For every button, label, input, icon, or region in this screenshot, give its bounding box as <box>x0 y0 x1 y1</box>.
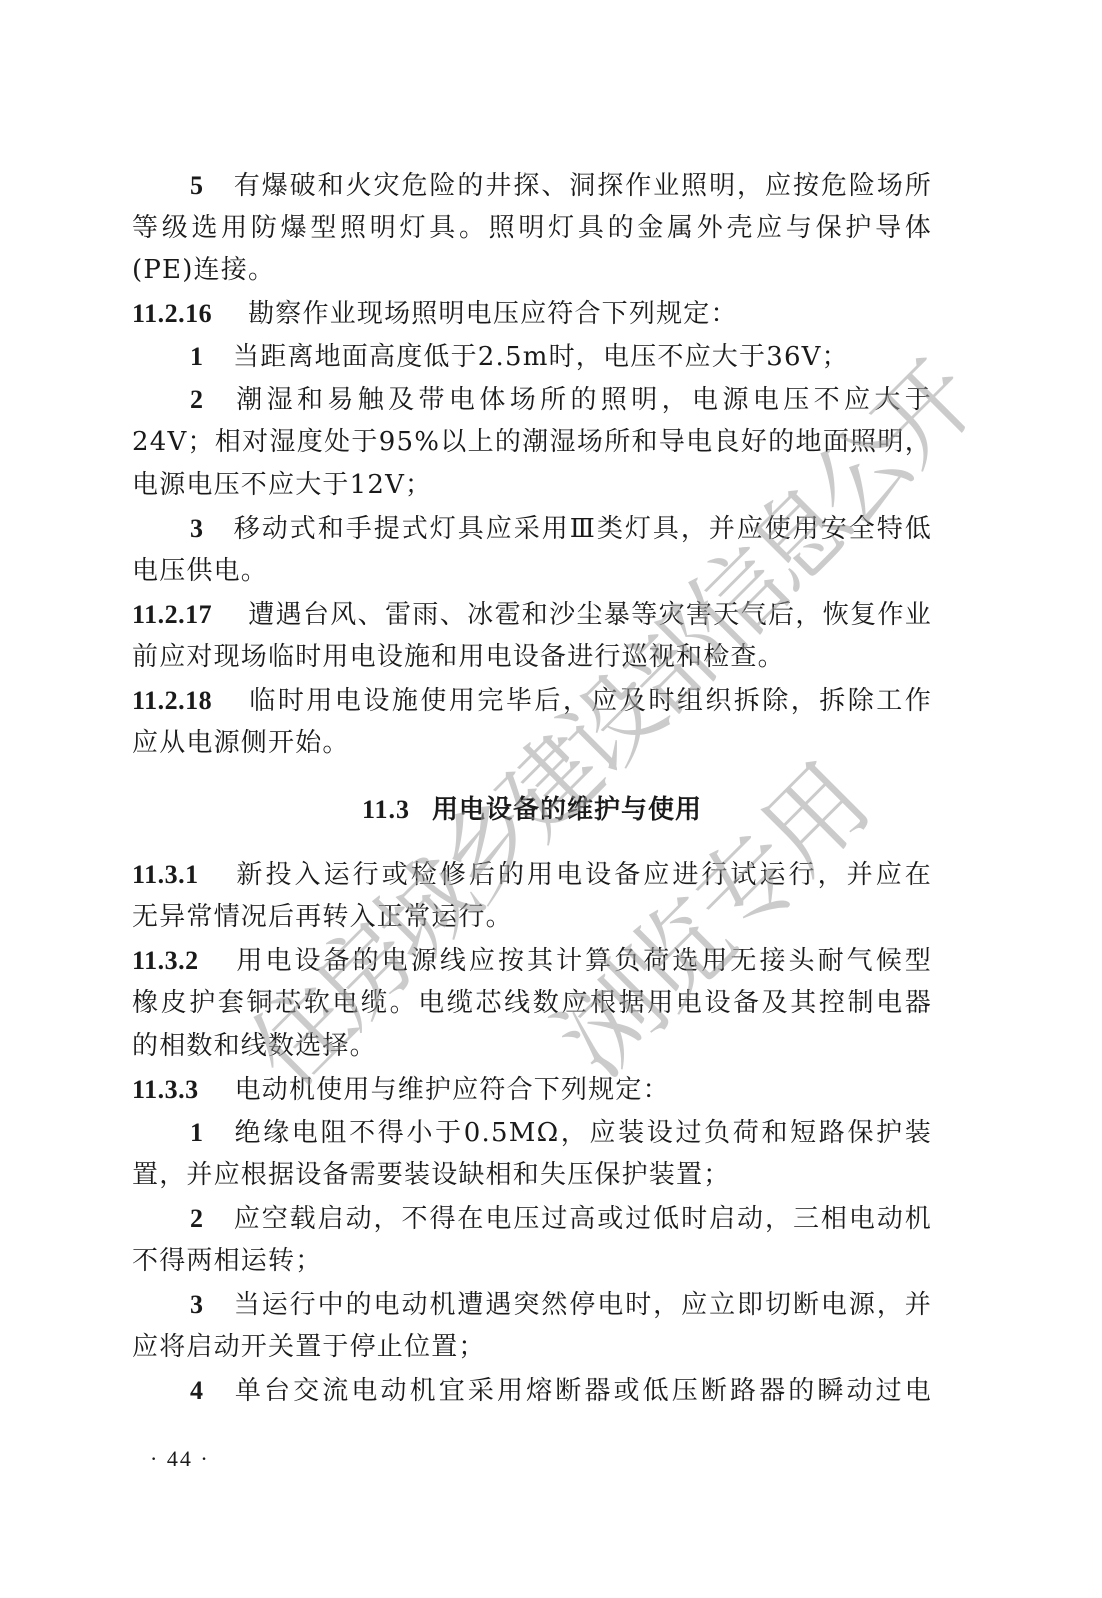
line-text: 绝缘电阻不得小于0.5MΩ，应装设过负荷和短路保护装 <box>233 1118 932 1148</box>
text-line: 橡皮护套铜芯软电缆。电缆芯线数应根据用电设备及其控制电器 <box>132 982 932 1025</box>
clause-number: 11.3.2 <box>132 946 199 975</box>
list-item-1: 1绝缘电阻不得小于0.5MΩ，应装设过负荷和短路保护装 <box>132 1111 932 1154</box>
line-text: 置，并应根据设备需要装设缺相和失压保护装置； <box>132 1160 730 1190</box>
line-text: 遭遇台风、雷雨、冰雹和沙尘暴等灾害天气后，恢复作业 <box>248 600 932 630</box>
text-line: 无异常情况后再转入正常运行。 <box>132 896 932 939</box>
clause-11-2-18: 11.2.18临时用电设施使用完毕后，应及时组织拆除，拆除工作 <box>132 679 932 722</box>
line-text: 电动机使用与维护应符合下列规定： <box>235 1075 670 1105</box>
line-text: 应空载启动，不得在电压过高或过低时启动，三相电动机 <box>233 1204 932 1234</box>
line-text: 不得两相运转； <box>132 1246 322 1276</box>
line-text: 潮湿和易触及带电体场所的照明，电源电压不应大于 <box>233 385 932 415</box>
item-number: 2 <box>190 1204 203 1233</box>
line-text: 电源电压不应大于12V； <box>132 470 432 500</box>
list-item-1: 1当距离地面高度低于2.5m时，电压不应大于36V； <box>132 335 932 378</box>
page-number: · 44 · <box>150 1446 210 1472</box>
line-text: 等级选用防爆型照明灯具。照明灯具的金属外壳应与保护导体 <box>132 213 932 243</box>
text-line: 应从电源侧开始。 <box>132 722 932 765</box>
item-number: 5 <box>190 171 203 200</box>
line-text: 当距离地面高度低于2.5m时，电压不应大于36V； <box>233 342 849 372</box>
clause-number: 11.2.17 <box>132 600 212 629</box>
line-text: 应从电源侧开始。 <box>132 728 350 758</box>
text-line: 电压供电。 <box>132 550 932 593</box>
clause-11-3-1: 11.3.1新投入运行或检修后的用电设备应进行试运行，并应在 <box>132 853 932 896</box>
text-line: 置，并应根据设备需要装设缺相和失压保护装置； <box>132 1154 932 1197</box>
clause-number: 11.2.18 <box>132 686 212 715</box>
line-text: 无异常情况后再转入正常运行。 <box>132 902 513 932</box>
item-number: 1 <box>190 1118 203 1147</box>
line-text: 当运行中的电动机遭遇突然停电时，应立即切断电源，并 <box>233 1290 932 1320</box>
list-item-4: 4单台交流电动机宜采用熔断器或低压断路器的瞬动过电 <box>132 1369 932 1412</box>
section-heading: 11.3用电设备的维护与使用 <box>132 788 932 831</box>
item-number: 3 <box>190 514 203 543</box>
line-text: 前应对现场临时用电设施和用电设备进行巡视和检查。 <box>132 642 785 672</box>
line-text: 24V；相对湿度处于95%以上的潮湿场所和导电良好的地面照明， <box>132 427 932 457</box>
clause-11-2-16: 11.2.16勘察作业现场照明电压应符合下列规定： <box>132 292 932 335</box>
text-line: 等级选用防爆型照明灯具。照明灯具的金属外壳应与保护导体 <box>132 207 932 250</box>
text-line: 的相数和线数选择。 <box>132 1025 932 1068</box>
section-number: 11.3 <box>362 795 410 824</box>
text-line: 前应对现场临时用电设施和用电设备进行巡视和检查。 <box>132 636 932 679</box>
line-text: 的相数和线数选择。 <box>132 1031 377 1061</box>
line-text: 应将启动开关置于停止位置； <box>132 1332 486 1362</box>
list-item-2: 2潮湿和易触及带电体场所的照明，电源电压不应大于 <box>132 378 932 421</box>
text-line: 电源电压不应大于12V； <box>132 464 932 507</box>
list-item-2: 2应空载启动，不得在电压过高或过低时启动，三相电动机 <box>132 1197 932 1240</box>
line-text: 新投入运行或检修后的用电设备应进行试运行，并应在 <box>235 860 932 890</box>
line-text: 有爆破和火灾危险的井探、洞探作业照明，应按危险场所 <box>233 171 932 201</box>
list-item-5: 5有爆破和火灾危险的井探、洞探作业照明，应按危险场所 <box>132 164 932 207</box>
clause-number: 11.2.16 <box>132 299 212 328</box>
text-line: 不得两相运转； <box>132 1240 932 1283</box>
item-number: 2 <box>190 385 203 414</box>
line-text: 单台交流电动机宜采用熔断器或低压断路器的瞬动过电 <box>233 1376 932 1406</box>
document-page: 5有爆破和火灾危险的井探、洞探作业照明，应按危险场所 等级选用防爆型照明灯具。照… <box>0 0 1102 1598</box>
clause-11-3-3: 11.3.3电动机使用与维护应符合下列规定： <box>132 1068 932 1111</box>
text-line: (PE)连接。 <box>132 249 932 292</box>
list-item-3: 3当运行中的电动机遭遇突然停电时，应立即切断电源，并 <box>132 1283 932 1326</box>
line-text: 临时用电设施使用完毕后，应及时组织拆除，拆除工作 <box>248 686 932 716</box>
item-number: 1 <box>190 342 203 371</box>
line-text: (PE)连接。 <box>132 255 275 285</box>
line-text: 移动式和手提式灯具应采用Ⅲ类灯具，并应使用安全特低 <box>233 514 932 544</box>
item-number: 3 <box>190 1290 203 1319</box>
section-title: 用电设备的维护与使用 <box>432 795 702 825</box>
clause-number: 11.3.1 <box>132 860 199 889</box>
text-line: 24V；相对湿度处于95%以上的潮湿场所和导电良好的地面照明， <box>132 421 932 464</box>
clause-11-2-17: 11.2.17遭遇台风、雷雨、冰雹和沙尘暴等灾害天气后，恢复作业 <box>132 593 932 636</box>
line-text: 橡皮护套铜芯软电缆。电缆芯线数应根据用电设备及其控制电器 <box>132 988 932 1018</box>
text-line: 应将启动开关置于停止位置； <box>132 1326 932 1369</box>
line-text: 用电设备的电源线应按其计算负荷选用无接头耐气候型 <box>235 946 932 976</box>
clause-number: 11.3.3 <box>132 1075 199 1104</box>
list-item-3: 3移动式和手提式灯具应采用Ⅲ类灯具，并应使用安全特低 <box>132 507 932 550</box>
item-number: 4 <box>190 1376 203 1405</box>
clause-11-3-2: 11.3.2用电设备的电源线应按其计算负荷选用无接头耐气候型 <box>132 939 932 982</box>
line-text: 电压供电。 <box>132 556 268 586</box>
line-text: 勘察作业现场照明电压应符合下列规定： <box>248 299 738 329</box>
